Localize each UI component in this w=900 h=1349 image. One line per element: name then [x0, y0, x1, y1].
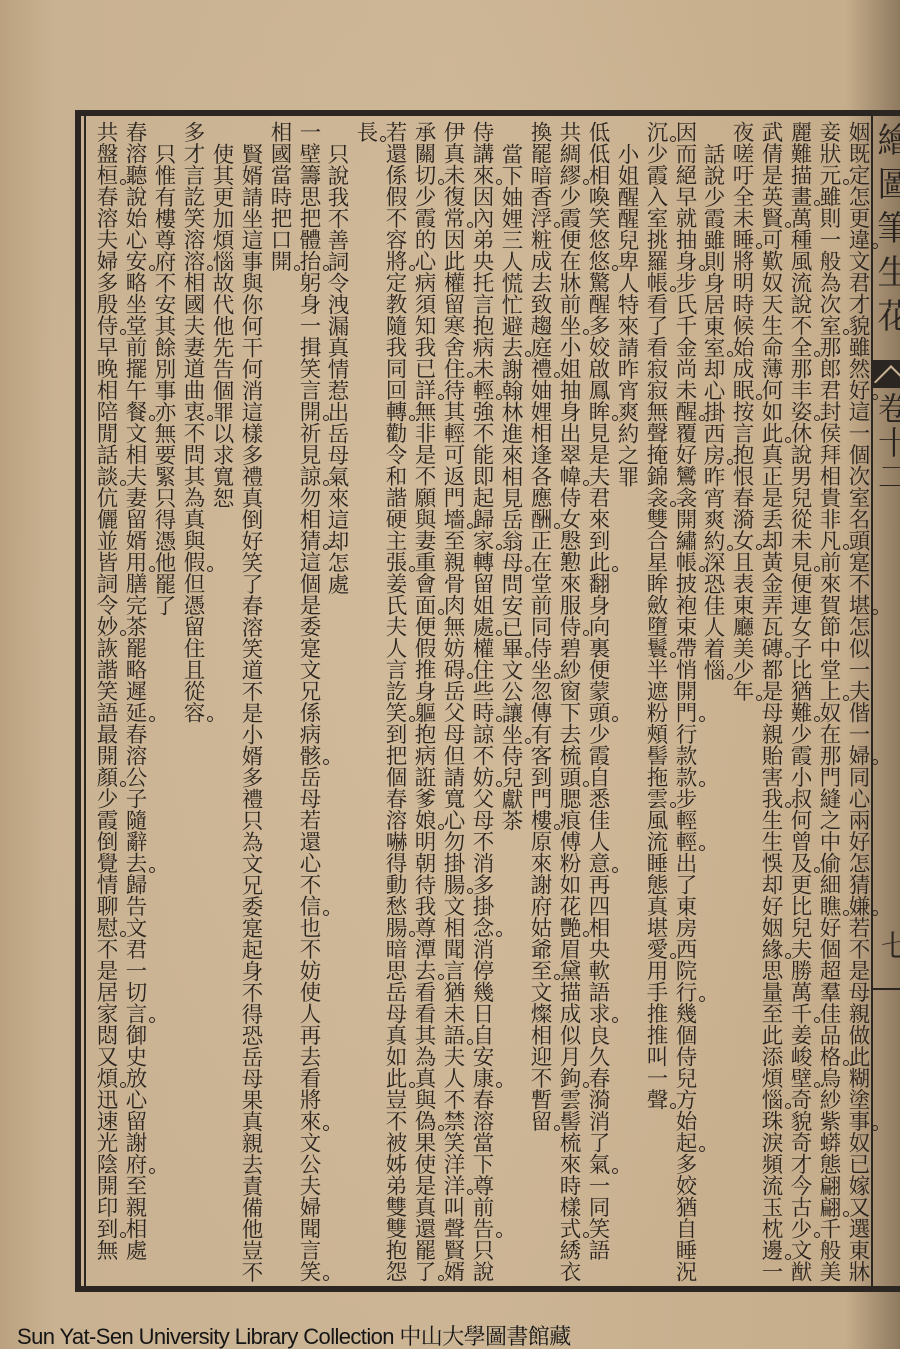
book-title: 繪圖筆生花	[873, 122, 900, 362]
text-column-3: 麗難描畫萬種風流說不全那丰姿休說男兒從未見便連女子比猶難少霞小叔何曾及更比兒夫勝…	[787, 121, 811, 1286]
text-column-6: 話說少霞雖則身居東室却心掛西房昨宵爽約深恐佳人着惱	[700, 143, 724, 1308]
text-column-1: 姻既定怎更違文君才貌雖然好這一個次室名頭寔不堪怎似一夫偕一婦同心兩好怎猜嫌若不是…	[845, 121, 869, 1286]
text-column-27: 共盤桓春溶夫婦多殷侍早晚相陪閒話談伉儷並皆詞令妙詼諧笑語最開顏少霞倒覺情聊慰不是…	[93, 121, 117, 1286]
text-column-23: 使其更加煩惱故代他先告個罪以求寬恕	[209, 143, 233, 1308]
text-column-5: 夜嗟吁全未睡將明時候始成眠按言抱恨春漪女且表東廳美少年	[729, 121, 753, 1286]
text-column-9: 小姐醒醒兒卑人特來請昨宵爽約之罪	[614, 143, 638, 1308]
text-column-12: 換罷暗香浮粧成去致趨庭禮妯娌相逢各應酬正在堂前同侍坐忽傳有客到門樓原來謝府姑爺至…	[527, 121, 551, 1286]
frame-left-inner-line	[84, 116, 86, 1286]
banxin-horizontal-line	[872, 988, 900, 990]
text-column-2: 妾狀元雖則一般為次室那郎君封侯拜相貴非凡前來賀節中堂上奴在那門縫之中偷細瞧好個超…	[816, 121, 840, 1286]
frame-top-border	[75, 110, 900, 116]
text-column-18: 長	[353, 121, 377, 1286]
text-column-10: 低低相喚笑悠悠驚醒多姣啟鳳眸見是夫君來到此翻身向裏便蒙頭少霞自悉佳人意再四相央軟…	[585, 121, 609, 1286]
text-column-4: 武倩是英賢可歎奴天生命薄何如此真正是丢却黃金弄瓦磚都是母親貽害我生生悞却好姻緣思…	[758, 121, 782, 1286]
text-column-25: 只惟有樓尊府不安其餘別事亦無要緊只得憑他罷了	[151, 143, 175, 1308]
page-number: 七	[874, 930, 900, 970]
text-column-24: 多才言訖笑溶溶相國夫妻道曲衷不問其為真與假但憑留住且從容	[180, 121, 204, 1286]
text-column-14: 侍講來因內弟央托言抱病未輕強不能即起歸家轉留姐處權住些時諒不妨父母不消多掛念消停…	[469, 121, 493, 1286]
text-column-15: 伊真未復常因此權留寒舍住待其輕可返門墻至親骨肉無妨碍岳父母但請寬心勿掛腸文相聞言…	[440, 121, 464, 1286]
volume-label: 卷十二	[874, 392, 900, 502]
text-column-20: 一壁籌思把體抬躬身一揖笑言開祈見諒勿相猜這個是委寔文兄係病骸岳母若還心不信也不妨…	[296, 121, 320, 1286]
text-column-13: 當下妯娌三人慌忙避去謝翰林進來相見岳翁母問安已畢文公讓坐侍兒獻茶	[498, 143, 522, 1308]
text-column-8: 沉少霞入室挑羅帳看了看寂寂無聲掩錦衾雙合星眸斂墮鬟半遮粉頰髻拖雲風流睡態真堪愛用…	[643, 121, 667, 1286]
text-column-22: 賢婿請坐這事與你何干何消這樣多禮真倒好笑了春溶笑道不是小婿多禮只為文兄委寔起身不…	[238, 143, 262, 1308]
text-column-26: 春溶聽說始心安略坐堂前擺午餐文相夫妻留婿用膳完茶罷略遲延春溶公子隨辭去歸告文君一…	[122, 121, 146, 1286]
frame-bottom-border	[75, 1286, 900, 1292]
frame-left-border	[75, 110, 81, 1292]
text-column-17: 若還係假不容將定教隨我同回轉勸令和諧硬主張姜氏夫人言訖笑到把個春溶嚇得動愁腸暗思…	[382, 121, 406, 1286]
fishtail-ornament-icon	[873, 360, 900, 388]
text-column-7: 因而絕早就抽身步氏千金尚未醒覆好鸞衾開繡帳披袍束帶悄開門行款款步輕輕出了東房西院…	[672, 121, 696, 1286]
text-column-21: 相國當時把口開	[267, 121, 291, 1286]
text-column-11: 共綢繆少霞便在牀前坐小姐抽身出翠幃侍女慇懃來服侍碧紗窗下去梳頭腮痕傅粉如花艷眉黛…	[556, 121, 580, 1286]
text-column-16: 承關切少霞的心病須知我已詳無非是不願與妻重會面便假推身軀抱病誑爹娘明朝待我尊潭去…	[411, 121, 435, 1286]
text-column-19: 只說我不善詞令洩漏真情惹出岳母氣來這却怎處	[324, 143, 348, 1308]
library-collection-label: Sun Yat-Sen University Library Collectio…	[17, 1320, 571, 1349]
